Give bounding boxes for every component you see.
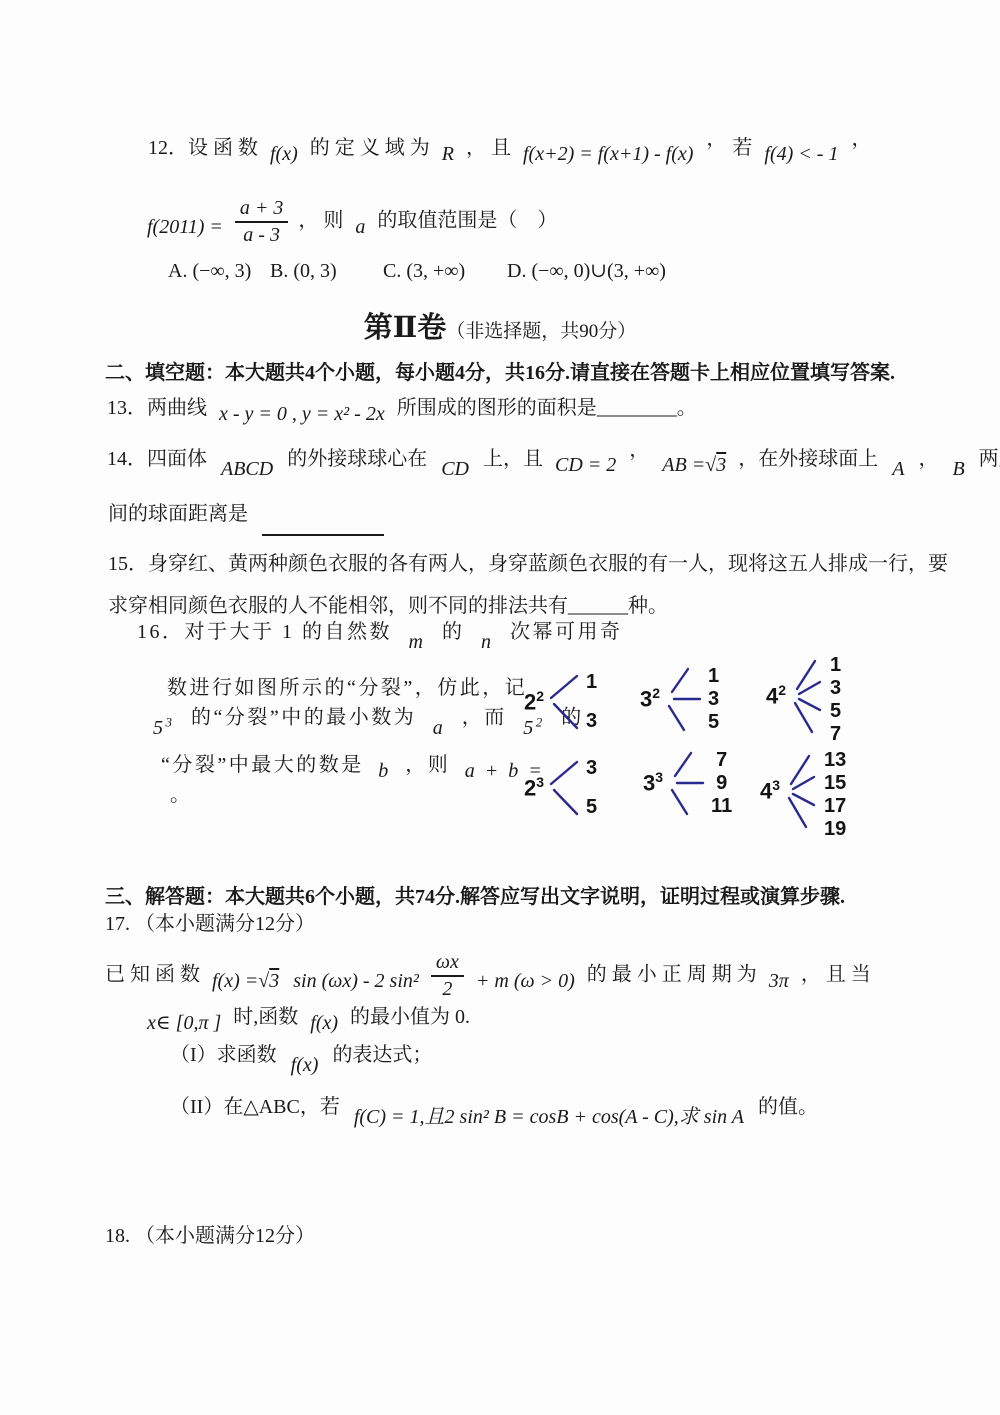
q12-option-d: D. (−∞, 0)∪(3, +∞) xyxy=(507,259,666,283)
split-value: 7 xyxy=(716,749,727,772)
q16-math-a: a xyxy=(433,717,446,739)
q17-fraction-numerator: ωx xyxy=(431,952,464,977)
q17-text-1: 已 知 函 数 xyxy=(105,964,200,986)
split-diagram-2-squared: 22 1 3 xyxy=(524,671,597,733)
q14-math-A: A xyxy=(892,458,904,480)
fan-lines-icon xyxy=(547,672,583,732)
q16-5cubed-base: 5 xyxy=(153,717,166,739)
split-exp: 2 xyxy=(536,688,544,704)
q16-text-3: 次幂可用奇 xyxy=(510,621,623,643)
q12-text-2: 的 定 义 域 为 xyxy=(310,137,430,159)
question-12-line2: f(2011) =a + 3a - 3 ， 则 a 的取值范围是（ ） xyxy=(140,198,557,246)
q16-text-5: ，而 xyxy=(462,707,507,729)
split-label: 32 xyxy=(640,685,660,712)
question-13: 13．两曲线 x - y = 0 , y = x² - 2x 所围成的图形的面积… xyxy=(107,396,697,420)
split-exp: 2 xyxy=(652,685,660,701)
radical-sign: √ xyxy=(258,970,269,992)
q12-fraction: a + 3a - 3 xyxy=(235,198,289,246)
split-values: 7 9 11 xyxy=(711,749,732,817)
q14-text-5: ， xyxy=(918,448,938,470)
q14-answer-blank xyxy=(262,518,384,536)
split-exp: 3 xyxy=(536,774,544,790)
q17-sqrt-radicand: 3 xyxy=(269,970,279,992)
split-diagram-2-cubed: 23 3 5 xyxy=(524,757,597,819)
q17-math-fx-eq: f(x) =√3 xyxy=(212,970,279,992)
q16-text-7: “分裂”中最大的数是 xyxy=(161,754,364,776)
split-value: 13 xyxy=(824,749,846,772)
q17-math-plus-m: + m (ω > 0) xyxy=(476,970,575,992)
q12-math-f4: f(4) < - 1 xyxy=(764,143,838,165)
part2-subtitle: （非选择题，共90分） xyxy=(446,321,636,342)
q15-text: 求穿相同颜色衣服的人不能相邻，则不同的排法共有 xyxy=(108,595,568,617)
q14-math-cd2: CD = 2 xyxy=(555,454,616,476)
split-value: 3 xyxy=(586,710,597,733)
q12-math-f2011: f(2011) = xyxy=(147,216,223,238)
split-value: 3 xyxy=(708,688,719,711)
split-exp: 3 xyxy=(655,769,663,785)
q16-math-b: b xyxy=(378,760,391,782)
question-17-line2: x∈ [0,π ] 时,函数 f(x) 的最小值为 0. xyxy=(140,1005,470,1029)
question-17-part2: （II）在△ABC，若 f(C) = 1,且2 sin² B = cosB + … xyxy=(170,1095,818,1119)
q12-fraction-denominator: a - 3 xyxy=(235,223,289,246)
question-14-line1: 14．四面体 ABCD 的外接球球心在 CD 上，且 CD = 2 ， AB =… xyxy=(107,447,1000,471)
q17-fraction-denominator: 2 xyxy=(431,977,464,1000)
q17-part2-end: 的值。 xyxy=(758,1096,818,1118)
split-value: 5 xyxy=(830,700,841,723)
split-base: 4 xyxy=(766,684,778,709)
q12-math-R: R xyxy=(442,143,454,165)
section3-heading: 三、解答题：本大题共6个小题，共74分.解答应写出文字说明，证明过程或演算步骤. xyxy=(105,885,845,909)
split-values: 1 3 5 xyxy=(708,665,719,733)
split-value: 11 xyxy=(711,795,732,818)
split-base: 3 xyxy=(640,687,652,712)
question-16-line4: “分裂”中最大的数是 b ，则 a + b = xyxy=(161,753,551,777)
fan-lines-icon xyxy=(663,664,705,734)
q15-answer-blank: ______ xyxy=(568,595,628,617)
q12-option-a: A. (−∞, 3) xyxy=(168,259,251,283)
q15-text-end: 种。 xyxy=(628,595,668,617)
q17-text-3: ， 且 当 xyxy=(801,964,871,986)
q16-text-4: 的“分裂”中的最小数为 xyxy=(191,707,416,729)
q17-fx-equals: f(x) = xyxy=(212,970,258,992)
q13-text-3: 。 xyxy=(677,397,697,419)
q12-fraction-numerator: a + 3 xyxy=(235,198,289,223)
q12-comma-2: ， xyxy=(851,128,871,150)
split-label: 42 xyxy=(766,682,786,709)
split-value: 5 xyxy=(708,711,719,734)
split-values: 1 3 5 7 xyxy=(830,654,841,738)
q16-math-m: m xyxy=(409,631,426,653)
split-label: 23 xyxy=(524,774,544,801)
split-value: 1 xyxy=(586,671,597,694)
split-values: 13 15 17 19 xyxy=(824,749,846,833)
q16-text-2: 的 xyxy=(442,621,465,643)
question-16-line1: 16．对于大于 1 的自然数 m 的 n 次幂可用奇 xyxy=(137,620,622,644)
q12-option-b: B. (0, 3) xyxy=(270,259,337,283)
split-base: 3 xyxy=(643,771,655,796)
split-exp: 2 xyxy=(778,682,786,698)
question-18-header: 18. （本小题满分12分） xyxy=(105,1224,315,1248)
split-value: 5 xyxy=(586,796,597,819)
q12-comma-1: ， xyxy=(706,128,726,150)
question-17-part1: （I）求函数 f(x) 的表达式； xyxy=(170,1043,432,1067)
split-diagram-3-cubed: 33 7 9 11 xyxy=(643,748,732,818)
fan-lines-icon xyxy=(666,748,708,818)
q14-text-3: 上，且 xyxy=(483,448,543,470)
q16-text-8: ，则 xyxy=(405,754,450,776)
split-base: 4 xyxy=(760,779,772,804)
q17-part2-math: f(C) = 1,且2 sin² B = cosB + cos(A - C),求… xyxy=(354,1106,744,1128)
split-base: 2 xyxy=(524,776,536,801)
q14-math-ab-eq: AB = xyxy=(662,454,705,476)
question-15-line2: 求穿相同颜色衣服的人不能相邻，则不同的排法共有______种。 xyxy=(108,594,668,618)
q14-math-ab: AB =√3 xyxy=(662,454,726,476)
question-16-line2: 数进行如图所示的“分裂”，仿此，记 xyxy=(167,676,527,700)
question-16-line5: 。 xyxy=(170,783,190,807)
q12-option-c: C. (3, +∞) xyxy=(383,259,465,283)
split-exp: 3 xyxy=(772,777,780,793)
q16-5cubed-exp: 3 xyxy=(166,714,175,729)
q12-text-3: ， 且 xyxy=(466,137,511,159)
part2-header: 第Ⅱ卷（非选择题，共90分） xyxy=(0,311,1000,346)
q17-math-domain: x∈ [0,π ] xyxy=(147,1012,221,1034)
q14-text-2: 的外接球球心在 xyxy=(287,448,427,470)
q17-text-2: 的 最 小 正 周 期 为 xyxy=(587,964,757,986)
q17-fraction: ωx2 xyxy=(431,952,464,1000)
q16-math-5cubed: 53 xyxy=(153,717,175,739)
fan-lines-icon xyxy=(789,653,827,739)
split-values: 3 5 xyxy=(586,757,597,819)
question-17-formula-line: 已 知 函 数 f(x) =√3sin (ωx) - 2 sin²ωx2+ m … xyxy=(105,952,871,1000)
split-value: 1 xyxy=(708,665,719,688)
radical-sign: √ xyxy=(705,454,716,476)
split-value: 19 xyxy=(824,818,846,841)
q17-part1-math: f(x) xyxy=(291,1054,319,1076)
q16-math-n: n xyxy=(481,631,494,653)
split-diagram-4-squared: 42 1 3 5 7 xyxy=(766,653,841,739)
q12-text-4: 若 xyxy=(732,137,752,159)
question-16-line3: 53 的“分裂”中的最小数为 a ，而 52 的 xyxy=(144,704,584,730)
q12-text-5: ， 则 xyxy=(298,210,343,232)
split-value: 1 xyxy=(830,654,841,677)
q14-text-4: ，在外接球面上 xyxy=(738,448,878,470)
q12-text-1: 12．设 函 数 xyxy=(148,137,258,159)
question-14-line2: 间的球面距离是 xyxy=(108,502,248,526)
q17-part2-text: （II）在△ABC，若 xyxy=(170,1096,340,1118)
fan-lines-icon xyxy=(783,748,821,834)
split-value: 3 xyxy=(586,757,597,780)
split-diagram-4-cubed: 43 13 15 17 19 xyxy=(760,748,846,834)
q16-text-1: 16．对于大于 1 的自然数 xyxy=(137,621,392,643)
split-value: 17 xyxy=(824,795,846,818)
question-12-line1: 12．设 函 数 f(x) 的 定 义 域 为 R ， 且 f(x+2) = f… xyxy=(148,136,872,160)
q14-math-cd: CD xyxy=(441,458,469,480)
q17-math-3pi: 3π xyxy=(769,970,789,992)
q14-sqrt-radicand: 3 xyxy=(716,454,726,476)
q17-part1-text: （I）求函数 xyxy=(170,1044,277,1066)
q13-math-curves: x - y = 0 , y = x² - 2x xyxy=(219,403,385,425)
q14-math-abcd: ABCD xyxy=(221,458,273,480)
split-value: 15 xyxy=(824,772,846,795)
q17-text-4: 时,函数 xyxy=(233,1006,298,1028)
split-value: 7 xyxy=(830,723,841,746)
q14-math-B: B xyxy=(952,458,964,480)
split-values: 1 3 xyxy=(586,671,597,733)
question-17-header: 17. （本小题满分12分） xyxy=(105,912,315,936)
exam-page: { "page": { "doc_type": "math-exam-page"… xyxy=(0,0,1000,1415)
q13-text-1: 13．两曲线 xyxy=(107,397,207,419)
q12-math-recurrence: f(x+2) = f(x+1) - f(x) xyxy=(523,143,693,165)
q14-text-1: 14．四面体 xyxy=(107,448,207,470)
split-value: 9 xyxy=(716,772,727,795)
question-15-line1: 15．身穿红、黄两种颜色衣服的各有两人，身穿蓝颜色衣服的有一人，现将这五人排成一… xyxy=(108,552,948,576)
split-value: 3 xyxy=(830,677,841,700)
q14-text-6: 两点 xyxy=(979,448,1000,470)
q12-text-6: 的取值范围是（ ） xyxy=(377,210,557,232)
section2-heading: 二、填空题：本大题共4个小题，每小题4分，共16分.请直接在答题卡上相应位置填写… xyxy=(105,361,895,385)
split-base: 2 xyxy=(524,690,536,715)
split-diagram-3-squared: 32 1 3 5 xyxy=(640,664,719,734)
split-label: 43 xyxy=(760,777,780,804)
q14-comma: ， xyxy=(629,439,649,461)
q17-text-5: 的最小值为 0. xyxy=(350,1006,470,1028)
q17-math-fx2: f(x) xyxy=(310,1012,338,1034)
q17-part1-end: 的表达式； xyxy=(332,1044,432,1066)
q12-math-fx: f(x) xyxy=(270,143,298,165)
fan-lines-icon xyxy=(547,758,583,818)
q12-math-a: a xyxy=(355,216,365,238)
split-label: 33 xyxy=(643,769,663,796)
q17-math-sin-terms: sin (ωx) - 2 sin² xyxy=(293,970,419,992)
part2-title: 第Ⅱ卷 xyxy=(364,312,446,344)
q13-text-2: 所围成的图形的面积是 xyxy=(397,397,597,419)
q13-answer-blank: ________ xyxy=(597,397,677,419)
split-label: 22 xyxy=(524,688,544,715)
